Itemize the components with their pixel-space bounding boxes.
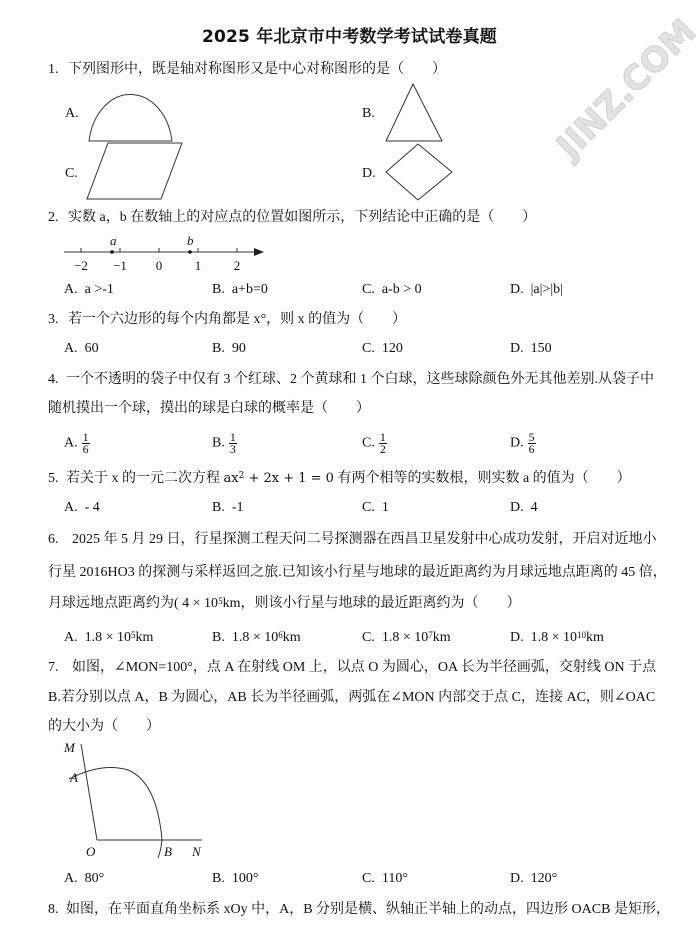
svg-text:−1: −1 [113, 258, 127, 273]
question-7: 7. 如图，∠MON=100°，点 A 在射线 OM 上，以点 O 为圆心，OA… [48, 660, 656, 676]
question-text: 2025 年 5 月 29 日，行星探测工程天问二号探测器在西昌卫星发射中心成功… [72, 532, 657, 547]
option-c: C. 110° [362, 871, 408, 887]
parallelogram-figure [86, 142, 184, 202]
option-label: B. [362, 106, 375, 122]
option-b: B. 1.8 × 106km [212, 630, 301, 646]
page-title: 2025 年北京市中考数学考试试卷真题 [0, 22, 699, 47]
svg-text:b: b [187, 233, 194, 248]
option-d: D. |a|>|b| [510, 282, 563, 298]
question-text: 有两个相等的实数根，则实数 a 的值为（ ） [337, 471, 630, 486]
option-a: A. a >-1 [64, 282, 114, 298]
number-line-figure: a b −2 −1 0 1 2 [62, 232, 272, 274]
option-b: B. 100° [212, 871, 258, 887]
watermark-logo: JINZ.COM [540, 40, 680, 160]
option-a: A. 80° [64, 871, 104, 887]
equation: ax2 + 2x + 1 = 0 [224, 471, 334, 486]
option-label: C. [65, 166, 78, 182]
question-number: 3. [48, 312, 59, 327]
option-label: D. [362, 166, 376, 182]
option-a: A. 60 [64, 341, 99, 357]
option-d: D.56 [510, 432, 536, 455]
option-a: A. 1.8 × 105km [64, 630, 153, 646]
question-text: 如图，在平面直角坐标系 xOy 中，A，B 分别是横、纵轴正半轴上的动点，四边形… [66, 902, 670, 917]
question-4: 4. 一个不透明的袋子中仅有 3 个红球、2 个黄球和 1 个白球，这些球除颜色… [48, 372, 654, 388]
option-b: B. -1 [212, 500, 244, 516]
svg-text:−2: −2 [74, 258, 88, 273]
question-text-cont: 的大小为（ ） [48, 719, 160, 735]
question-text: 实数 a，b 在数轴上的对应点的位置如图所示，下列结论中正确的是（ ） [68, 210, 536, 225]
question-number: 8. [48, 902, 59, 917]
option-d: D. 120° [510, 871, 557, 887]
option-c: C. 120 [362, 341, 403, 357]
question-text: 若一个六边形的每个内角都是 x°，则 x 的值为（ ） [68, 312, 406, 327]
option-c: C. 1.8 × 107km [362, 630, 451, 646]
question-number: 7. [48, 660, 59, 675]
svg-text:A: A [69, 770, 78, 785]
option-c: C. 1 [362, 500, 389, 516]
question-number: 5. [48, 471, 59, 486]
option-b: B. 90 [212, 341, 246, 357]
semicircle-figure [88, 84, 174, 144]
question-5: 5. 若关于 x 的一元二次方程 ax2 + 2x + 1 = 0 有两个相等的… [48, 471, 631, 487]
question-text-cont: B.若分别以点 A，B 为圆心，AB 长为半径画弧，两弧在∠MON 内部交于点 … [48, 690, 655, 706]
question-text: 若关于 x 的一元二次方程 [66, 471, 220, 486]
svg-text:O: O [86, 844, 96, 859]
question-1: 1. 下列图形中，既是轴对称图形又是中心对称图形的是（ ） [48, 62, 446, 78]
question-6: 6. 2025 年 5 月 29 日，行星探测工程天问二号探测器在西昌卫星发射中… [48, 532, 657, 548]
question-8: 8. 如图，在平面直角坐标系 xOy 中，A，B 分别是横、纵轴正半轴上的动点，… [48, 902, 670, 918]
option-label: A. [65, 106, 79, 122]
option-a: A. - 4 [64, 500, 100, 516]
svg-text:N: N [191, 844, 202, 859]
triangle-figure [384, 83, 446, 143]
rhombus-figure [385, 143, 455, 203]
question-text: 下列图形中，既是轴对称图形又是中心对称图形的是（ ） [68, 62, 446, 77]
option-c: C. a-b > 0 [362, 282, 422, 298]
option-d: D. 1.8 × 1010km [510, 630, 604, 646]
angle-figure: M A O B N [62, 740, 212, 862]
question-number: 4. [48, 372, 59, 387]
option-b: B.13 [212, 432, 237, 455]
svg-text:2: 2 [234, 258, 241, 273]
question-number: 2. [48, 210, 59, 225]
question-3: 3. 若一个六边形的每个内角都是 x°，则 x 的值为（ ） [48, 312, 406, 328]
svg-text:0: 0 [156, 258, 163, 273]
question-text-cont: 随机摸出一个球，摸出的球是白球的概率是（ ） [48, 401, 370, 417]
question-2: 2. 实数 a，b 在数轴上的对应点的位置如图所示，下列结论中正确的是（ ） [48, 210, 536, 226]
option-d: D. 150 [510, 341, 552, 357]
svg-text:1: 1 [195, 258, 202, 273]
svg-text:M: M [63, 740, 76, 755]
option-b: B. a+b=0 [212, 282, 268, 298]
question-number: 6. [48, 532, 59, 547]
question-text-cont: 月球远地点距离约为( 4 × 105km，则该小行星与地球的最近距离约为（ ） [48, 596, 520, 612]
question-text: 如图，∠MON=100°，点 A 在射线 OM 上，以点 O 为圆心，OA 长为… [72, 660, 656, 675]
option-a: A.16 [64, 432, 90, 455]
svg-text:B: B [164, 844, 172, 859]
question-text: 一个不透明的袋子中仅有 3 个红球、2 个黄球和 1 个白球，这些球除颜色外无其… [66, 372, 654, 387]
option-c: C.12 [362, 432, 387, 455]
question-number: 1. [48, 62, 59, 77]
option-d: D. 4 [510, 500, 538, 516]
svg-text:a: a [110, 233, 117, 248]
question-text-cont: 行星 2016HO3 的探测与采样返回之旅.已知该小行星与地球的最近距离约为月球… [48, 565, 667, 581]
